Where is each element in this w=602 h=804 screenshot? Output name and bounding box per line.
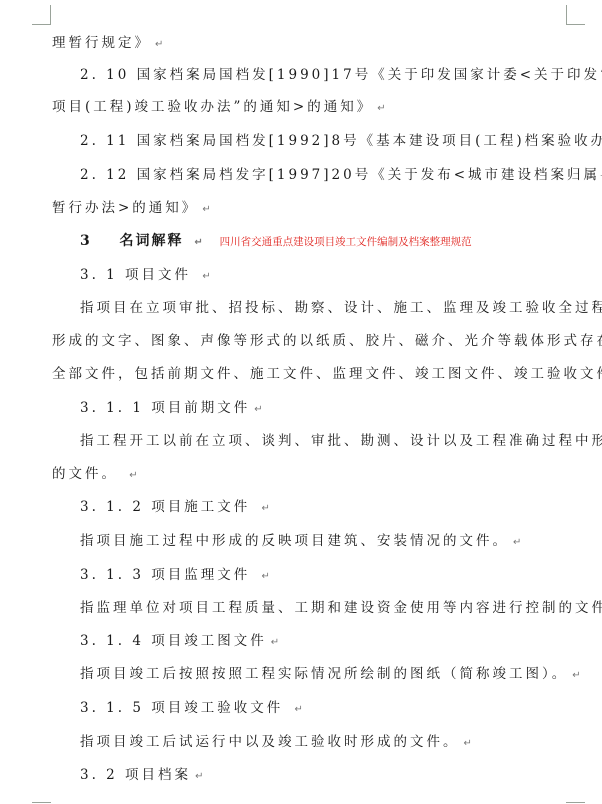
paragraph-mark-icon: ↵	[202, 271, 210, 282]
text-line: 3. 1 项目文件 ↵	[80, 266, 211, 286]
text-line: 项目(工程)竣工验收办法”的通知>的通知》↵	[52, 98, 386, 118]
line-text: 2. 10 国家档案局国档发[1990]17号《关于印发国家计委<关于印发“建设	[80, 67, 602, 83]
text-line: 指项目施工过程中形成的反映项目建筑、安装情况的文件。↵	[80, 532, 521, 552]
crop-mark-top-right-vertical	[566, 5, 567, 24]
paragraph-mark-icon: ↵	[271, 637, 279, 648]
text-line: 指项目在立项审批、招投标、勘察、设计、施工、监理及竣工验收全过程中	[80, 299, 602, 317]
line-text: 3. 1. 2 项目施工文件	[80, 499, 258, 515]
line-text: 指工程开工以前在立项、谈判、审批、勘测、设计以及工程准确过程中形成	[80, 433, 602, 449]
text-line: 2. 11 国家档案局国档发[1992]8号《基本建设项目(工程)档案验收办法》…	[80, 132, 602, 152]
line-text: 指项目在立项审批、招投标、勘察、设计、施工、监理及竣工验收全过程中	[80, 300, 602, 316]
line-text: 2. 11 国家档案局国档发[1992]8号《基本建设项目(工程)档案验收办法》	[80, 133, 602, 149]
paragraph-mark-icon: ↵	[262, 503, 270, 514]
text-line: 指工程开工以前在立项、谈判、审批、勘测、设计以及工程准确过程中形成	[80, 432, 602, 450]
paragraph-mark-icon: ↵	[254, 404, 262, 415]
text-line: 全部文件，包括前期文件、施工文件、监理文件、竣工图文件、竣工验收文件等。↵	[52, 365, 602, 385]
crop-mark-top-left-horizontal	[32, 24, 51, 25]
text-line: 3. 1. 4 项目竣工图文件↵	[80, 632, 279, 652]
paragraph-mark-icon: ↵	[155, 39, 163, 50]
line-text: 指项目竣工后按照按照工程实际情况所绘制的图纸（简称竣工图）。	[80, 666, 568, 682]
line-text: 指项目竣工后试运行中以及竣工验收时形成的文件。	[80, 734, 460, 750]
line-text: 全部文件，包括前期文件、施工文件、监理文件、竣工图文件、竣工验收文件等。	[52, 366, 602, 382]
line-text: 指项目施工过程中形成的反映项目建筑、安装情况的文件。	[80, 533, 509, 549]
text-line: 3. 2 项目档案↵	[80, 766, 203, 786]
red-annotation: 四川省交通重点建设项目竣工文件编制及档案整理规范	[220, 236, 472, 248]
text-line: 形成的文字、图象、声像等形式的以纸质、胶片、磁介、光介等载体形式存在的	[52, 332, 602, 350]
text-line: 3. 1. 2 项目施工文件 ↵	[80, 498, 270, 518]
paragraph-mark-icon: ↵	[377, 103, 385, 114]
line-text: 理暂行规定》	[52, 35, 151, 51]
line-text: 3. 1 项目文件	[80, 267, 198, 283]
section-heading: 3 名词解释 ↵ 四川省交通重点建设项目竣工文件编制及档案整理规范	[80, 232, 472, 252]
text-line: 3. 1. 5 项目竣工验收文件 ↵	[80, 699, 303, 719]
section-number: 3	[80, 233, 92, 249]
line-text: 形成的文字、图象、声像等形式的以纸质、胶片、磁介、光介等载体形式存在的	[52, 333, 602, 349]
paragraph-mark-icon: ↵	[572, 670, 580, 681]
text-line: 的文件。 ↵	[52, 465, 138, 485]
text-line: 指项目竣工后试运行中以及竣工验收时形成的文件。↵	[80, 733, 472, 753]
crop-mark-top-left-vertical	[50, 5, 51, 24]
text-line: 理暂行规定》↵	[52, 34, 163, 54]
crop-mark-top-right-horizontal	[566, 24, 585, 25]
text-line: 2. 12 国家档案局档发字[1997]20号《关于发布<城市建设档案归属与流向	[80, 166, 602, 184]
line-text: 3. 1. 1 项目前期文件	[80, 400, 250, 416]
text-line: 指监理单位对项目工程质量、工期和建设资金使用等内容进行控制的文件。 ↵	[80, 599, 602, 619]
crop-mark-bottom-right-horizontal	[566, 802, 585, 803]
paragraph-mark-icon: ↵	[464, 738, 472, 749]
crop-mark-bottom-left-horizontal	[32, 802, 51, 803]
paragraph-mark-icon: ↵	[202, 204, 210, 215]
line-text: 2. 12 国家档案局档发字[1997]20号《关于发布<城市建设档案归属与流向	[80, 167, 602, 183]
text-line: 3. 1. 1 项目前期文件↵	[80, 399, 263, 419]
line-text: 暂行办法>的通知》	[52, 200, 198, 216]
line-text: 指监理单位对项目工程质量、工期和建设资金使用等内容进行控制的文件。	[80, 600, 602, 616]
paragraph-mark-icon: ↵	[295, 704, 303, 715]
line-text: 的文件。	[52, 466, 125, 482]
line-text: 3. 1. 3 项目监理文件	[80, 567, 258, 583]
text-line: 2. 10 国家档案局国档发[1990]17号《关于印发国家计委<关于印发“建设	[80, 66, 602, 84]
line-text: 3. 1. 5 项目竣工验收文件	[80, 700, 291, 716]
paragraph-mark-icon: ↵	[513, 537, 521, 548]
line-text: 3. 2 项目档案	[80, 767, 191, 783]
section-title: 名词解释	[120, 233, 184, 249]
paragraph-mark-icon: ↵	[194, 237, 202, 248]
paragraph-mark-icon: ↵	[129, 470, 137, 481]
paragraph-mark-icon: ↵	[262, 571, 270, 582]
text-line: 暂行办法>的通知》↵	[52, 199, 211, 219]
line-text: 项目(工程)竣工验收办法”的通知>的通知》	[52, 99, 373, 115]
text-line: 3. 1. 3 项目监理文件 ↵	[80, 566, 270, 586]
paragraph-mark-icon: ↵	[195, 771, 203, 782]
text-line: 指项目竣工后按照按照工程实际情况所绘制的图纸（简称竣工图）。↵	[80, 665, 581, 685]
line-text: 3. 1. 4 项目竣工图文件	[80, 633, 267, 649]
